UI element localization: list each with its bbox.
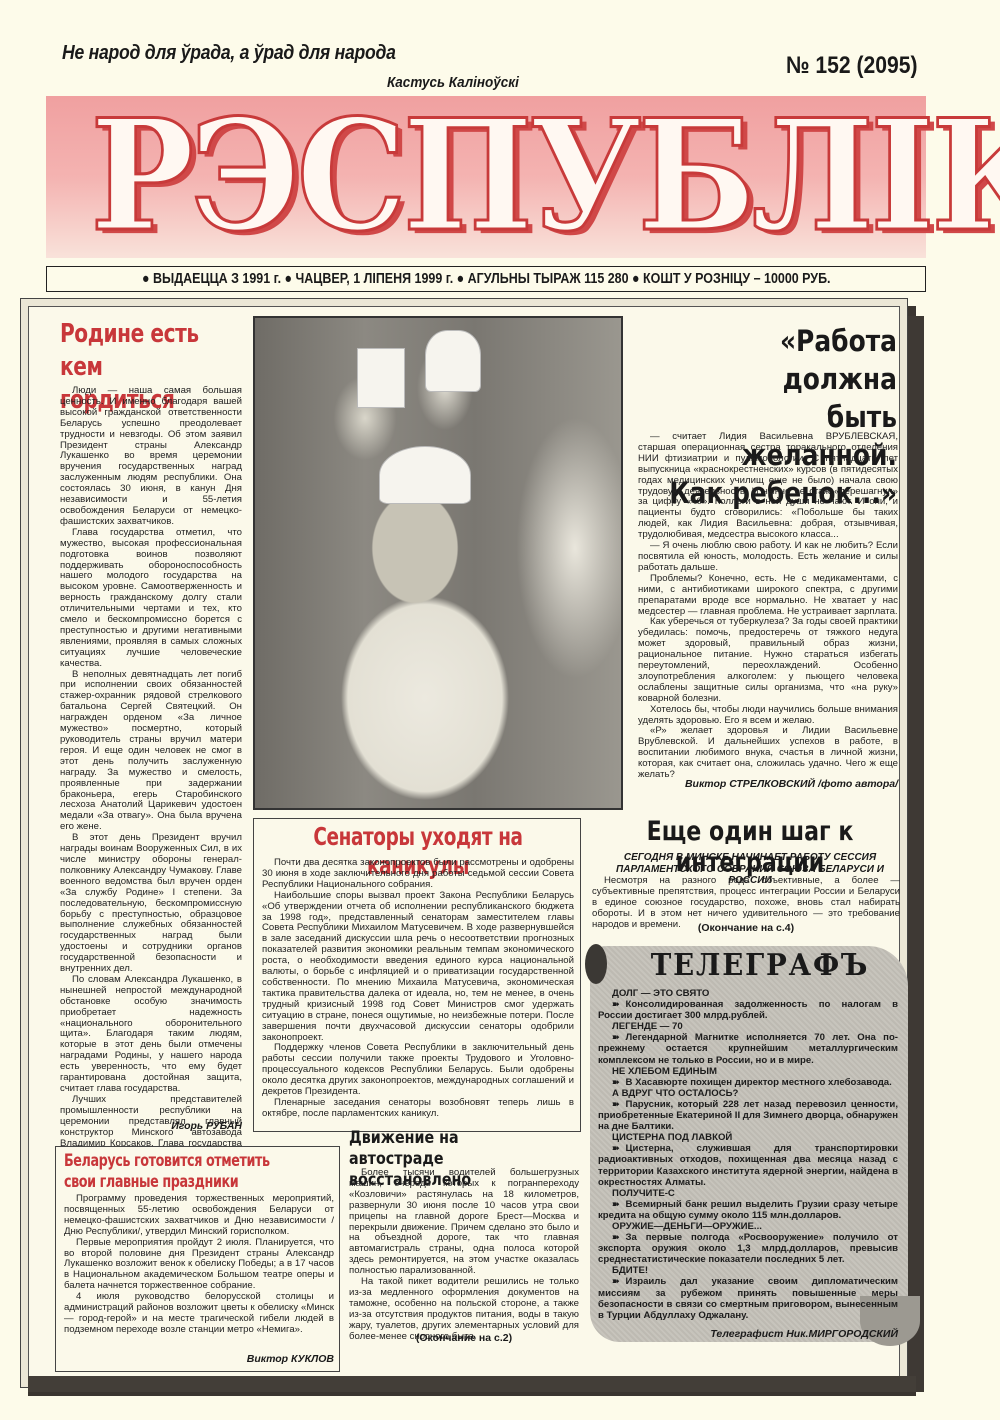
telegraph-items: ДОЛГ — ЭТО СВЯТО➽Консолидированная задол… — [598, 988, 898, 1321]
telegraph-item-text: За первые полгода «Росвооружение» получи… — [598, 1232, 898, 1265]
paragraph: Как уберечься от туберкулеза? За годы св… — [638, 617, 898, 704]
telegraph-item-head: БДИТЕ! — [598, 1265, 898, 1276]
paragraph: Проблемы? Конечно, есть. Не с медикамент… — [638, 574, 898, 618]
article-senators-body: Почти два десятка законопроектов были ра… — [262, 858, 574, 1120]
paragraph: Люди — наша самая большая ценность. И им… — [60, 386, 242, 528]
paragraph: В неполных девятнадцать лет погиб при ис… — [60, 670, 242, 834]
masthead-motto: Не народ для ўрада, а ўрад для народа — [62, 42, 396, 65]
paragraph: Почти два десятка законопроектов были ра… — [262, 858, 574, 891]
article-nurse-byline: Виктор СТРЕЛКОВСКИЙ /фото автора/ — [638, 778, 898, 790]
telegraph-item: БДИТЕ!➽Израиль дал указание своим диплом… — [598, 1265, 898, 1320]
nurse-cap-icon — [379, 446, 471, 504]
telegraph-item: ЦИСТЕРНА ПОД ЛАВКОЙ➽Цистерна, служившая … — [598, 1132, 898, 1187]
telegraph-item: ЛЕГЕНДЕ — 70➽Легендарной Магнитке исполн… — [598, 1021, 898, 1065]
telegraph-item-head: ОРУЖИЕ—ДЕНЬГИ—ОРУЖИЕ... — [598, 1221, 898, 1232]
paragraph: Хотелось бы, чтобы люди научились больше… — [638, 705, 898, 727]
paragraph: В этот день Президент вручил награды вои… — [60, 833, 242, 975]
info-bar: ● ВЫДАЕЦЦА З 1991 г. ● ЧАЦВЕР, 1 ЛІПЕНЯ … — [46, 266, 926, 292]
arrow-bullet-icon: ➽ — [612, 1077, 620, 1087]
article-holidays-body: Программу проведения торжественных мероп… — [64, 1194, 334, 1336]
article-integration-continuation[interactable]: (Окончание на с.4) — [592, 922, 900, 934]
telegraph-item-head: ПОЛУЧИТЕ-С — [598, 1188, 898, 1199]
telegraph-item: ДОЛГ — ЭТО СВЯТО➽Консолидированная задол… — [598, 988, 898, 1021]
paragraph: Глава государства отметил, что мужество,… — [60, 528, 242, 670]
paragraph: Первые мероприятия пройдут 2 июля. Плани… — [64, 1238, 334, 1293]
telegraph-item-text: Консолидированная задолженность по налог… — [598, 999, 898, 1021]
arrow-bullet-icon: ➽ — [612, 1143, 620, 1153]
article-holidays-title: Беларусь готовится отметить свои главные… — [64, 1150, 305, 1192]
paragraph: — Я очень люблю свою работу. И как не лю… — [638, 541, 898, 574]
frame-right-band — [908, 316, 924, 1392]
paragraph: «Р» желает здоровья и Лидии Васильевне В… — [638, 726, 898, 781]
telegraph-item-head: ДОЛГ — ЭТО СВЯТО — [598, 988, 898, 999]
telegraph-byline: Телеграфист Ник.МИРГОРОДСКИЙ — [598, 1328, 898, 1340]
telegraph-item-text: Парусник, который 228 лет назад перевози… — [598, 1099, 898, 1132]
telegraph-item: А ВДРУГ ЧТО ОСТАЛОСЬ?➽Парусник, который … — [598, 1088, 898, 1132]
scroll-roll-icon — [585, 944, 607, 984]
issue-number: № 152 (2095) — [786, 52, 918, 80]
telegraph-item-text: Легендарной Магнитке исполняется 70 лет.… — [598, 1032, 898, 1065]
paragraph: Пленарные заседания сенаторы возобновят … — [262, 1098, 574, 1120]
telegraph-item-text: Израиль дал указание своим дипломатическ… — [598, 1276, 898, 1320]
paragraph: Более тысячи водителей большегрузных маш… — [349, 1168, 579, 1277]
telegraph-item-head: ЛЕГЕНДЕ — 70 — [598, 1021, 898, 1032]
arrow-bullet-icon: ➽ — [612, 1232, 620, 1242]
telegraph-item-head: А ВДРУГ ЧТО ОСТАЛОСЬ? — [598, 1088, 898, 1099]
paragraph: 4 июля руководство белорусской столицы и… — [64, 1292, 334, 1336]
telegraph-item: ПОЛУЧИТЕ-С➽Всемирный банк решил выделить… — [598, 1188, 898, 1221]
article-pride-body: Люди — наша самая большая ценность. И им… — [60, 386, 242, 1269]
telegraph-item-text: Цистерна, служившая для транспортировки … — [598, 1143, 898, 1187]
paragraph: — считает Лидия Васильевна ВРУБЛЕВСКАЯ, … — [638, 432, 898, 541]
info-bar-text: ● ВЫДАЕЦЦА З 1991 г. ● ЧАЦВЕР, 1 ЛІПЕНЯ … — [142, 271, 830, 287]
telegraph-item-text: В Хасавюрте похищен директор местного хл… — [626, 1077, 892, 1088]
article-holidays-byline: Виктор КУКЛОВ — [64, 1353, 334, 1365]
photo-nurses — [253, 316, 623, 810]
masthead-banner: РЭСПУБЛІКА — [46, 96, 926, 258]
nurse-cap-icon — [425, 330, 481, 392]
title-line: «Работа должна — [663, 322, 897, 398]
telegraph-item: ОРУЖИЕ—ДЕНЬГИ—ОРУЖИЕ...➽За первые полгод… — [598, 1221, 898, 1265]
frame-bottom-band — [28, 1376, 916, 1392]
telegraph-item: НЕ ХЛЕБОМ ЕДИНЫМ➽В Хасавюрте похищен дир… — [598, 1066, 898, 1088]
paragraph: Программу проведения торжественных мероп… — [64, 1194, 334, 1238]
article-nurse-body: — считает Лидия Васильевна ВРУБЛЕВСКАЯ, … — [638, 432, 898, 781]
telegraph-item-head: ЦИСТЕРНА ПОД ЛАВКОЙ — [598, 1132, 898, 1143]
article-highway-continuation[interactable]: (Окончание на с.2) — [349, 1332, 579, 1344]
arrow-bullet-icon: ➽ — [612, 1199, 620, 1209]
paragraph: Наибольшие споры вызвал проект Закона Ре… — [262, 891, 574, 1044]
article-highway-body: Более тысячи водителей большегрузных маш… — [349, 1168, 579, 1343]
newspaper-title: РЭСПУБЛІКА — [90, 86, 881, 266]
arrow-bullet-icon: ➽ — [612, 999, 620, 1009]
telegraph-title: ТЕЛЕГРАФЪ — [650, 948, 871, 983]
paragraph: По словам Александра Лукашенко, в нынешн… — [60, 975, 242, 1095]
arrow-bullet-icon: ➽ — [612, 1276, 620, 1286]
arrow-bullet-icon: ➽ — [612, 1099, 620, 1109]
article-pride-byline: Игорь РУБАН — [60, 1120, 242, 1132]
telegraph-item-text: Всемирный банк решил выделить Грузии сра… — [598, 1199, 898, 1221]
paragraph: Поддержку членов Совета Республики в зак… — [262, 1043, 574, 1098]
arrow-bullet-icon: ➽ — [612, 1032, 620, 1042]
nurse-cap-icon — [357, 348, 405, 408]
telegraph-item-head: НЕ ХЛЕБОМ ЕДИНЫМ — [598, 1066, 898, 1077]
